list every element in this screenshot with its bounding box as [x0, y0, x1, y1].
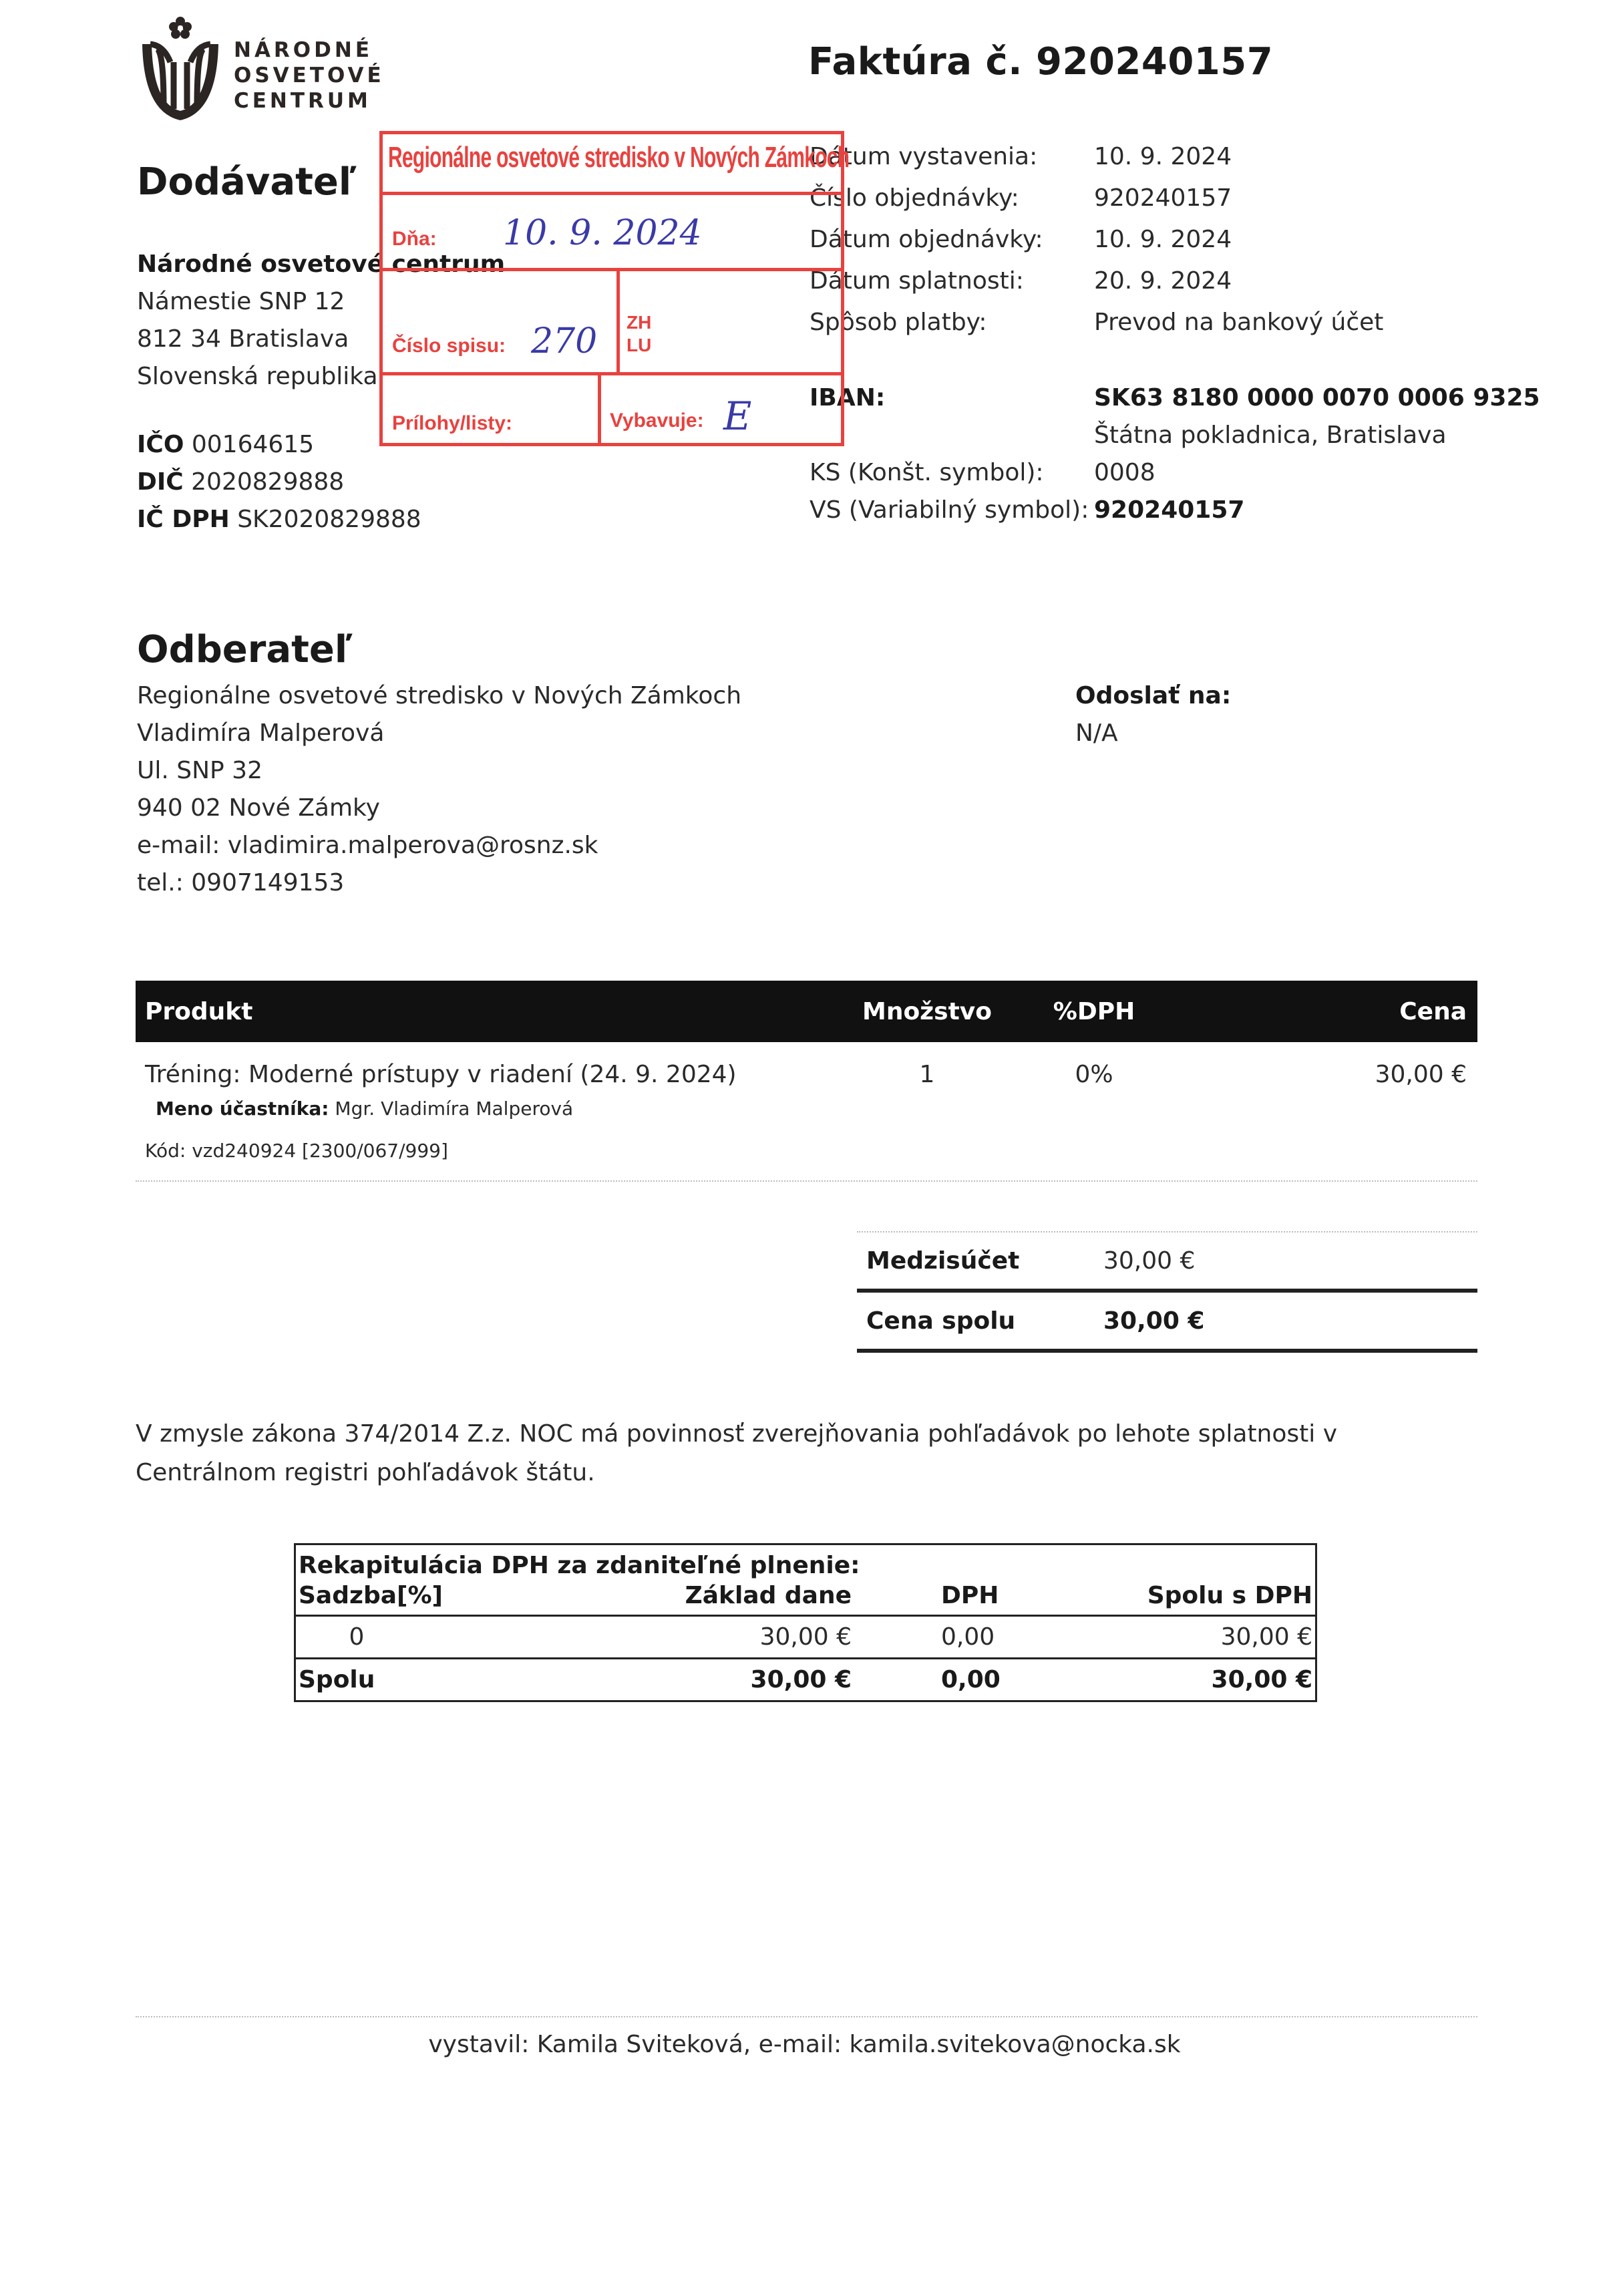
col-vat: %DPH — [1011, 998, 1178, 1025]
issue-date-label: Dátum vystavenia: — [810, 136, 1094, 178]
legal-note: V zmysle zákona 374/2014 Z.z. NOC má pov… — [136, 1415, 1471, 1492]
footer-issuer: vystavil: Kamila Sviteková, e-mail: kami… — [0, 2031, 1609, 2058]
total-tax-base: 30,00 € — [502, 1659, 854, 1701]
col-product: Produkt — [136, 998, 844, 1025]
customer-phone: tel.: 0907149153 — [137, 864, 741, 902]
vat-value: 0,00 — [854, 1616, 1077, 1659]
dic-value: 2020829888 — [191, 468, 344, 496]
vs-label: VS (Variabilný symbol): — [810, 492, 1094, 529]
invoice-meta: Dátum vystavenia:10. 9. 2024 Číslo objed… — [810, 136, 1383, 343]
customer-org: Regionálne osvetové stredisko v Nových Z… — [137, 677, 741, 715]
iban-label: IBAN: — [810, 379, 1094, 417]
order-date-label: Dátum objednávky: — [810, 219, 1094, 261]
organization-logo: NÁRODNÉ OSVETOVÉ CENTRUM — [137, 12, 377, 126]
total-vat: 0,00 — [854, 1659, 1077, 1701]
rate-value: 0 — [295, 1616, 502, 1659]
stamp-reg-handwritten: 270 — [531, 321, 597, 361]
payment-details: IBAN:SK63 8180 0000 0070 0006 9325 Štátn… — [810, 379, 1540, 529]
icdph-label: IČ DPH — [137, 506, 230, 533]
total-with-vat: 30,00 € — [1077, 1659, 1316, 1701]
table-row: Tréning: Moderné prístupy v riadení (24.… — [136, 1042, 1477, 1162]
tulip-flower-logo-icon — [137, 12, 224, 126]
subtotal-label: Medzisúčet — [857, 1247, 1103, 1275]
stamp-dept: LU — [627, 334, 651, 357]
logo-line: NÁRODNÉ — [234, 37, 385, 63]
vat-recap-table: Rekapitulácia DPH za zdaniteľné plnenie:… — [294, 1543, 1317, 1702]
supplier-ids: IČO 00164615 DIČ 2020829888 IČ DPH SK202… — [137, 426, 421, 538]
stamp-dept: ZH — [627, 311, 651, 334]
table-total-row: Spolu 30,00 € 0,00 30,00 € — [295, 1659, 1316, 1701]
product-name: Tréning: Moderné prístupy v riadení (24.… — [136, 1061, 844, 1088]
issue-date-value: 10. 9. 2024 — [1094, 136, 1232, 178]
vs-value: 920240157 — [1094, 492, 1244, 529]
due-date-label: Dátum splatnosti: — [810, 261, 1094, 302]
col-price: Cena — [1178, 998, 1477, 1025]
col-tax-base: Základ dane — [502, 1581, 854, 1616]
total-row: Cena spolu 30,00 € — [857, 1293, 1477, 1353]
payment-method-label: Spôsob platby: — [810, 302, 1094, 343]
ship-to: Odoslať na: N/A — [1075, 677, 1231, 752]
payment-method-value: Prevod na bankový účet — [1094, 302, 1383, 343]
divider — [136, 1180, 1477, 1182]
ks-label: KS (Konšt. symbol): — [810, 454, 1094, 492]
ship-to-value: N/A — [1075, 715, 1231, 752]
total-with-vat-value: 30,00 € — [1077, 1616, 1316, 1659]
subtotal-value: 30,00 € — [1103, 1247, 1195, 1275]
ico-label: IČO — [137, 431, 184, 458]
quantity: 1 — [844, 1061, 1011, 1088]
stamp-handler-handwritten: E — [723, 393, 751, 439]
logo-line: OSVETOVÉ — [234, 63, 385, 88]
customer-contact: Vladimíra Malperová — [137, 715, 741, 752]
customer-street: Ul. SNP 32 — [137, 752, 741, 790]
vat-recap-title: Rekapitulácia DPH za zdaniteľné plnenie: — [295, 1544, 1316, 1581]
order-date-value: 10. 9. 2024 — [1094, 219, 1232, 261]
col-vat: DPH — [854, 1581, 1077, 1616]
stamp-org: Regionálne osvetové stredisko v Nových Z… — [388, 141, 849, 174]
stamp-date-label: Dňa: — [392, 228, 437, 251]
total-label: Spolu — [295, 1659, 502, 1701]
table-row: 0 30,00 € 0,00 30,00 € — [295, 1616, 1316, 1659]
tax-base-value: 30,00 € — [502, 1616, 854, 1659]
items-table-header: Produkt Množstvo %DPH Cena — [136, 981, 1477, 1042]
footer-divider — [136, 2016, 1477, 2017]
product-code: Kód: vzd240924 [2300/067/999] — [136, 1140, 1477, 1162]
customer-heading: Odberateľ — [137, 628, 353, 671]
ks-value: 0008 — [1094, 454, 1155, 492]
ico-value: 00164615 — [192, 431, 314, 458]
participant-label: Meno účastníka: — [156, 1098, 329, 1120]
customer-address: Regionálne osvetové stredisko v Nových Z… — [137, 677, 741, 902]
stamp-attachments-label: Prílohy/listy: — [392, 412, 512, 435]
col-rate: Sadzba[%] — [295, 1581, 502, 1616]
stamp-handler-label: Vybavuje: — [610, 409, 704, 432]
icdph-value: SK2020829888 — [237, 506, 421, 533]
vat-rate: 0% — [1011, 1061, 1178, 1088]
items-table: Produkt Množstvo %DPH Cena Tréning: Mode… — [136, 981, 1477, 1182]
subtotal-row: Medzisúčet 30,00 € — [857, 1233, 1477, 1293]
col-total-with-vat: Spolu s DPH — [1077, 1581, 1316, 1616]
dic-label: DIČ — [137, 468, 184, 496]
stamp-date-handwritten: 10. 9. 2024 — [503, 213, 702, 253]
invoice-title: Faktúra č. 920240157 — [808, 40, 1273, 84]
total-label: Cena spolu — [857, 1307, 1103, 1335]
customer-email: e-mail: vladimira.malperova@rosnz.sk — [137, 827, 741, 864]
price: 30,00 € — [1178, 1061, 1477, 1088]
col-quantity: Množstvo — [844, 998, 1011, 1025]
order-number-value: 920240157 — [1094, 178, 1232, 219]
supplier-heading: Dodávateľ — [137, 160, 357, 204]
bank-name: Štátna pokladnica, Bratislava — [1094, 417, 1447, 454]
ship-to-label: Odoslať na: — [1075, 677, 1231, 715]
customer-city: 940 02 Nové Zámky — [137, 790, 741, 827]
due-date-value: 20. 9. 2024 — [1094, 261, 1232, 302]
participant-name: Mgr. Vladimíra Malperová — [335, 1098, 573, 1120]
order-number-label: Číslo objednávky: — [810, 178, 1094, 219]
total-value: 30,00 € — [1103, 1307, 1204, 1335]
totals: Medzisúčet 30,00 € Cena spolu 30,00 € — [857, 1231, 1477, 1353]
stamp-reg-label: Číslo spisu: — [392, 335, 506, 357]
receipt-stamp: Regionálne osvetové stredisko v Nových Z… — [379, 131, 844, 446]
logo-line: CENTRUM — [234, 88, 385, 114]
iban-value: SK63 8180 0000 0070 0006 9325 — [1094, 379, 1540, 417]
